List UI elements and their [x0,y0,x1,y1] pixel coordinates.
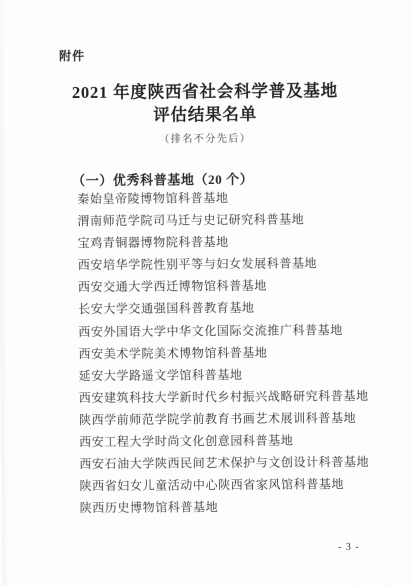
list-item: 长安大学交通强国科普教育基地 [78,296,403,321]
document-title-line-1: 2021 年度陕西省社会科学普及基地 [0,79,412,105]
list-item: 渭南师范学院司马迁与史记研究科普基地 [77,208,402,233]
list-item: 延安大学路遥文学馆科普基地 [79,362,404,387]
list-item: 陕西省妇女儿童活动中心陕西省家风馆科普基地 [79,473,404,498]
list-item: 宝鸡青铜器博物院科普基地 [78,230,403,255]
page-number: - 3 - [338,542,360,553]
document-title-line-2: 评估结果名单 [0,102,412,128]
list-item: 陕西学前师范学院学前教育书画艺术展训科普基地 [79,406,404,431]
list-item: 西安交通大学西迁博物馆科普基地 [78,274,403,299]
list-item: 西安工程大学时尚文化创意园科普基地 [79,428,404,453]
document-page: 附件 2021 年度陕西省社会科学普及基地 评估结果名单 （排名不分先后） （一… [0,0,413,586]
list-item: 秦始皇帝陵博物馆科普基地 [77,185,402,210]
attachment-label: 附件 [59,47,85,64]
list-item: 西安培华学院性别平等与妇女发展科普基地 [78,252,403,277]
base-list: 秦始皇帝陵博物馆科普基地 渭南师范学院司马迁与史记研究科普基地 宝鸡青铜器博物院… [77,185,405,519]
list-item: 西安外国语大学中华文化国际交流推广科普基地 [78,318,403,343]
list-item: 西安石油大学陕西民间艺术保护与文创设计科普基地 [79,451,404,476]
title-note: （排名不分先后） [0,128,412,146]
list-item: 陕西历史博物馆科普基地 [80,495,405,520]
title-block: 2021 年度陕西省社会科学普及基地 评估结果名单 （排名不分先后） [0,79,412,146]
list-item: 西安美术学院美术博物馆科普基地 [78,340,403,365]
list-item: 西安建筑科技大学新时代乡村振兴战略研究科普基地 [79,384,404,409]
